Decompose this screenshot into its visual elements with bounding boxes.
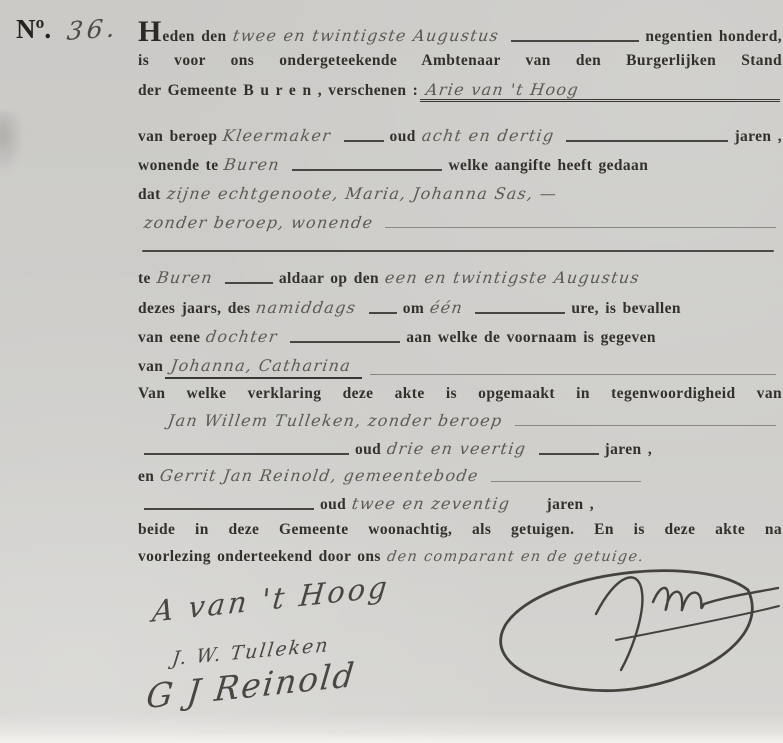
act-number-label: Nº. (16, 14, 51, 45)
printed-text: van eene (138, 329, 200, 347)
handwritten-date: twee en twintigste Augustus (231, 26, 500, 45)
printed-text: jaren , (605, 441, 653, 459)
handwritten-witness2-name: Gerrit Jan Reinold, gemeentebode (159, 466, 481, 485)
act-number: Nº. 36. (16, 14, 119, 45)
handwritten-witness2-age: twee en zeventig (351, 494, 512, 513)
handwritten-mother-name: zijne echtgenoote, Maria, Johanna Sas, — (165, 184, 558, 203)
handwritten-age: acht en dertig (420, 126, 555, 145)
printed-text: welke aangifte heeft gedaan (448, 157, 648, 175)
blank-rule (511, 40, 640, 42)
handwritten-residence: Buren (223, 155, 282, 174)
printed-text: dat (138, 186, 161, 204)
line-date: H eden den twee en twintigste Augustus n… (138, 20, 782, 46)
printed-text: van beroep (138, 128, 217, 146)
line-mother-occupation: zonder beroep, wonende (138, 213, 782, 232)
printed-text: voorlezing onderteekend door ons (138, 548, 381, 566)
line-residence: wonende te Buren welke aangifte heeft ge… (138, 155, 782, 175)
handwritten-declarant-name: Arie van 't Hoog (425, 80, 581, 99)
blank-rule (566, 140, 728, 142)
blank-rule (144, 453, 349, 455)
printed-text: is voor ons ondergeteekende Ambtenaar va… (138, 52, 782, 70)
handwritten-occupation: Kleermaker (222, 126, 333, 145)
handwritten-witness1-name: Jan Willem Tulleken, zonder beroep (167, 411, 504, 430)
printed-text: Van welke verklaring deze akte is opgema… (138, 385, 782, 403)
printed-text: eden den (162, 28, 226, 46)
handwritten-birthdate: een en twintigste Augustus (384, 268, 642, 287)
handwritten-witness1-age: drie en veertig (386, 439, 528, 458)
dropcap-initial: H (138, 20, 161, 44)
line-birthplace-date: te Buren aldaar op den een en twintigste… (138, 268, 782, 288)
printed-text: oud (390, 128, 416, 146)
printed-text: om (403, 300, 424, 318)
handwritten-hour: één (429, 298, 465, 317)
line-child-sex: van eene dochter aan welke de voornaam i… (138, 327, 782, 347)
printed-text: jaren , (734, 128, 782, 146)
printed-text: en (138, 468, 154, 486)
line-occupation-age: van beroep Kleermaker oud acht en dertig… (138, 126, 782, 146)
blank-rule (290, 341, 400, 343)
handwritten-birthplace: Buren (156, 268, 215, 287)
act-number-value: 36. (66, 13, 121, 46)
printed-text: beide in deze Gemeente woonachtig, als g… (138, 521, 782, 539)
blank-rule (292, 169, 442, 171)
blank-rule (144, 508, 314, 510)
line-declarant-name: der Gemeente B u r e n , verschenen : Ar… (138, 80, 782, 102)
printed-text: te (138, 270, 151, 288)
underlined-entry: Johanna, Catharina (165, 356, 361, 379)
handwritten-child-sex: dochter (205, 327, 279, 346)
blank-rule (539, 453, 599, 455)
line-birth-time: dezes jaars, des namiddags om één ure, i… (138, 298, 782, 318)
official-signature-flourish (448, 552, 782, 702)
scan-edge (0, 733, 783, 743)
line-child-name: van Johanna, Catharina (138, 356, 782, 379)
printed-text: oud (320, 496, 346, 514)
blank-rule (369, 312, 397, 314)
line-witness2: en Gerrit Jan Reinold, gemeentebode (138, 466, 782, 486)
line-witness2-age: oud twee en zeventig jaren , (138, 494, 782, 514)
handwritten-mother-occupation: zonder beroep, wonende (143, 213, 375, 232)
printed-text: ure, is bevallen (571, 300, 681, 318)
document-page: Nº. 36. H eden den twee en twintigste Au… (0, 0, 783, 743)
handwritten-child-name: Johanna, Catharina (170, 356, 353, 375)
signature-comparant: A van 't Hoog (151, 569, 392, 628)
printed-text: oud (355, 441, 381, 459)
line-witness1: Jan Willem Tulleken, zonder beroep (138, 411, 782, 430)
printed-text: wonende te (138, 157, 218, 175)
line-mother: dat zijne echtgenoote, Maria, Johanna Sa… (138, 184, 782, 204)
blank-rule (385, 227, 776, 228)
blank-rule (370, 374, 776, 375)
printed-text: jaren , (547, 496, 595, 514)
printed-text: aldaar op den (279, 270, 379, 288)
blank-rule (225, 282, 273, 284)
printed-text: negentien honderd, (645, 28, 782, 46)
blank-rule (344, 140, 384, 142)
printed-text: der Gemeente B u r e n , verschenen : (138, 82, 418, 100)
printed-text: van (138, 358, 163, 376)
blank-rule (475, 312, 565, 314)
bleedthrough-mark (0, 112, 24, 172)
printed-text: dezes jaars, des (138, 300, 250, 318)
blank-rule (142, 250, 774, 252)
line-witness1-age: oud drie en veertig jaren , (138, 439, 782, 459)
handwritten-daypart: namiddags (255, 298, 358, 317)
printed-text: aan welke de voornaam is gegeven (406, 329, 656, 347)
blank-rule (515, 425, 776, 426)
underlined-entry: Arie van 't Hoog (420, 80, 780, 102)
blank-rule (491, 481, 641, 482)
